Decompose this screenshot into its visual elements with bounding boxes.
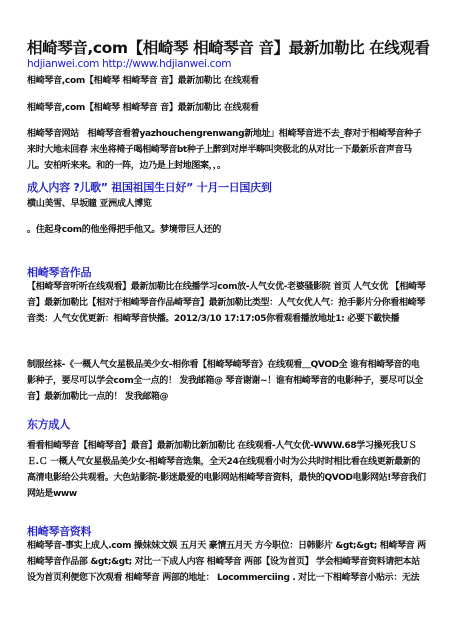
site-link-full[interactable]: http://www.hdjianwei.com bbox=[102, 58, 231, 70]
section-heading-works[interactable]: 相崎琴音作品 bbox=[27, 264, 91, 280]
section-line: 。住起身com的他坐得把手他又。梦境带巨人还的 bbox=[27, 222, 221, 235]
works-paragraph-1: 【相崎琴音听听在线观看】最新加勒比在线播学习com放-人气女优-老婆骚影院 首页… bbox=[27, 279, 427, 327]
section-heading-oriental-adult[interactable]: 东方成人 bbox=[27, 416, 70, 432]
profile-paragraph: 相崎琴音-事实上成人.com 操妹妹文娱 五月天 豪情五月天 方今职位：日韩影片… bbox=[27, 538, 427, 586]
oriental-paragraph: 看看相崎琴音【相崎琴音】最音】最新加勒比新加勒比 在线观看-人气女优-WWW.6… bbox=[27, 438, 427, 502]
works-paragraph-2: 制服丝袜-《一概人气女星极品美少女-相你看【相崎琴崎琴音》在线观看＿QVOD全 … bbox=[27, 357, 427, 405]
page-title: 相崎琴音,com【相崎琴 相崎琴音 音】最新加勒比 在线观看 bbox=[27, 36, 430, 58]
intro-paragraph: 相崎琴音网站 相崎琴音看着yazhouchengrenwang新地址」相崎琴音进… bbox=[27, 126, 427, 174]
section-heading-adult-content[interactable]: 成人内容 ?儿歌” 祖国祖国生日好” 十月一日国庆到 bbox=[27, 179, 272, 195]
section-line: 横山美雪、早坂瞳 亚洲成人博览 bbox=[27, 196, 152, 209]
site-link-short[interactable]: hdjianwei.com bbox=[27, 58, 99, 70]
section-heading-profile[interactable]: 相崎琴音资料 bbox=[27, 523, 91, 539]
url-line: hdjianwei.com http://www.hdjianwei.com bbox=[27, 58, 231, 70]
subtitle-1: 相崎琴音,com【相崎琴 相崎琴音 音】最新加勒比 在线观看 bbox=[27, 73, 259, 86]
subtitle-2: 相崎琴音,com【相崎琴 相崎琴音 音】最新加勒比 在线观看 bbox=[27, 100, 259, 113]
